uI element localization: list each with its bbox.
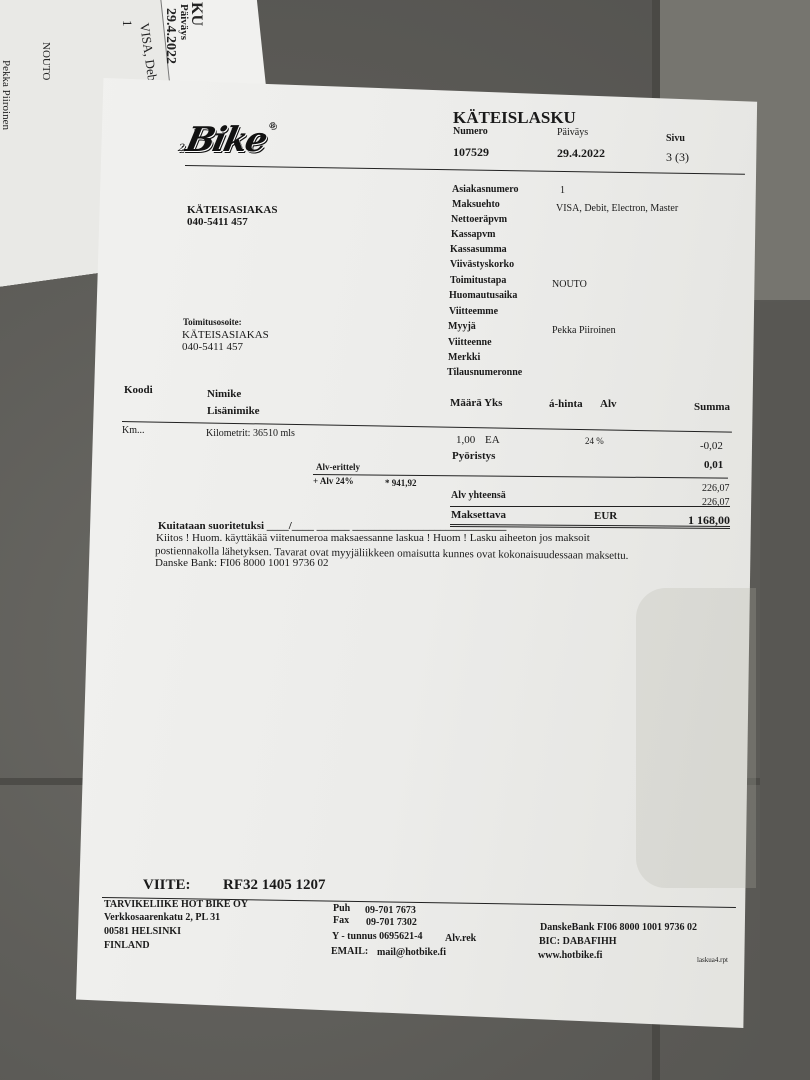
col-unit-price: á-hinta [549,398,583,410]
customer-name: KÄTEISASIAKAS [187,204,277,216]
bg-date-label: Päiväys [178,4,190,40]
bg-customer-number: 1 [119,20,135,27]
info-value: 1 [560,185,565,196]
company-city: 00581 HELSINKI [104,926,181,937]
report-file: laskua4.rpt [697,956,728,964]
customer-phone: 040-5411 457 [187,216,248,228]
info-value: VISA, Debit, Electron, Master [556,203,678,214]
info-label: Viitteemme [449,306,498,317]
col-extra: Lisänimike [207,405,260,417]
col-item: Nimike [207,388,241,400]
col-qty-unit: Määrä Yks [450,397,502,409]
phone-shadow [636,588,756,888]
rounding-value: 0,01 [704,459,723,471]
delivery-phone: 040-5411 457 [182,341,243,353]
row-qty: 1,00 [456,434,475,446]
bank-account: DanskeBank FI06 8000 1001 9736 02 [540,922,697,933]
phone-label: Puh [333,903,350,914]
row-code: Km... [122,425,145,436]
number-label: Numero [453,126,488,137]
phone-number: 09-701 7673 [365,905,416,916]
company-name: TARVIKELIIKE HOT BIKE OY [104,899,248,910]
col-sum: Summa [694,401,730,413]
business-id: Y - tunnus 0695621-4 [332,931,422,942]
fax-label: Fax [333,915,349,926]
company-country: FINLAND [104,940,150,951]
rounding-label: Pyöristys [452,450,495,462]
email-label: EMAIL: [331,946,368,957]
bg-date: 29.4.2022 [162,8,178,64]
row-unit: EA [485,434,500,446]
vat-rate-label: + Alv 24% [313,476,354,486]
bg-seller: Pekka Piiroinen [0,60,12,130]
row-sum: -0,02 [700,440,723,452]
info-label: Kassapvm [451,229,495,240]
info-label: Merkki [448,352,480,363]
info-label: Asiakasnumero [452,184,519,195]
totals-divider [450,506,730,507]
hotbike-logo: 2Bike® [176,120,276,160]
info-label: Viivästyskorko [450,259,514,270]
floor-tile [760,302,810,1080]
note-line-1: Kiitos ! Huom. käyttäkää viitenumeroa ma… [156,532,590,544]
receipt-line: Kuitataan suoritetuksi ____/____ ______ … [158,520,506,532]
bg-delivery: NOUTO [40,42,52,80]
fax-number: 09-701 7302 [366,917,417,928]
bic-code: BIC: DABAFIHH [539,936,617,947]
info-label: Nettoeräpvm [451,214,507,225]
vat-base: * 941,92 [385,478,417,488]
reference-number: RF32 1405 1207 [223,877,326,894]
vat-registration: Alv.rek [445,933,476,944]
document-title: KÄTEISLASKU [453,108,576,128]
invoice-number: 107529 [453,145,489,160]
company-street: Verkkosaarenkatu 2, PL 31 [104,912,220,923]
info-label: Maksuehto [452,199,500,210]
info-label: Myyjä [448,321,476,332]
email-link[interactable]: mail@hotbike.fi [377,947,446,958]
page-label: Sivu [666,133,685,144]
vat-total-label: Alv yhteensä [451,490,506,501]
col-vat: Alv [600,398,617,410]
info-label: Huomautusaika [449,290,517,301]
reference-label: VIITE: [143,877,191,894]
info-label: Toimitustapa [450,275,506,286]
info-label: Tilausnumeronne [447,367,522,378]
vat-breakdown-label: Alv-erittely [316,462,360,472]
info-label: Viitteenne [448,337,492,348]
info-value: Pekka Piiroinen [552,325,616,336]
note-line-3: Danske Bank: FI06 8000 1001 9736 02 [155,557,329,569]
info-value: NOUTO [552,279,587,290]
delivery-address-label: Toimitusosoite: [183,317,242,327]
payable-currency: EUR [594,510,617,522]
delivery-name: KÄTEISASIAKAS [182,329,269,341]
website-link[interactable]: www.hotbike.fi [538,950,602,961]
info-label: Kassasumma [450,244,507,255]
vat-amount: 226,07 [702,483,730,494]
col-code: Koodi [124,384,153,396]
row-vat: 24 % [585,436,604,446]
page-number: 3 (3) [666,150,689,165]
invoice-date: 29.4.2022 [557,146,605,161]
date-label: Päiväys [557,127,588,138]
row-item: Kilometrit: 36510 mls [206,428,295,439]
